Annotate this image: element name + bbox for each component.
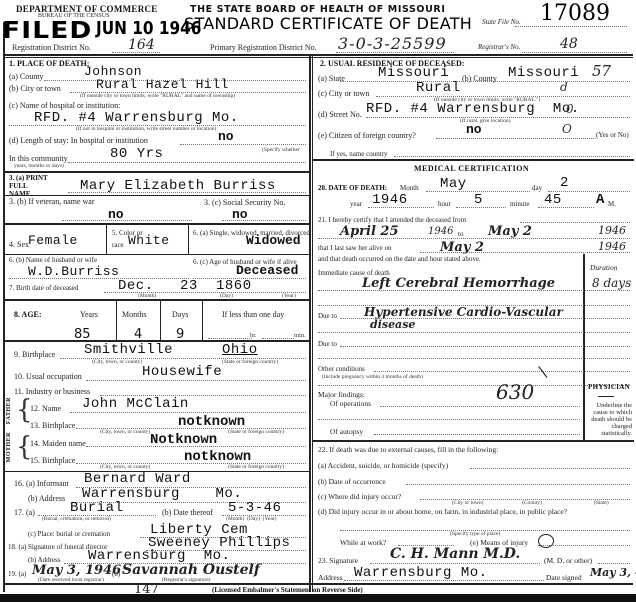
death-minute-label: minute bbox=[510, 200, 529, 208]
father-city-note: (City, town, or county) bbox=[100, 429, 150, 435]
birthplace-label: 9. Birthplace bbox=[14, 350, 55, 359]
informant-label: 16. (a) Informant bbox=[14, 479, 69, 488]
father-side-label: FATHER bbox=[6, 397, 12, 424]
other-conditions-label: Other conditions bbox=[318, 365, 365, 373]
death-year-value: 1946 bbox=[372, 192, 408, 208]
death-day-value: 2 bbox=[560, 175, 569, 191]
age-col-less-than-day: If less than one day bbox=[222, 310, 284, 319]
residence-street-value: RFD. #4 Warrensburg Mo. bbox=[366, 101, 580, 117]
residence-city-value: Rural bbox=[416, 80, 461, 96]
duration-column-divider bbox=[583, 254, 585, 440]
state-file-number: 17089 bbox=[540, 1, 610, 26]
attended-to-year: 1946 bbox=[598, 224, 626, 237]
residence-county-value: Missouri bbox=[508, 65, 579, 81]
disposition-note: (Burial, cremation, or removal) bbox=[42, 516, 111, 522]
age-hr-label: hr. bbox=[250, 332, 257, 339]
physician-type-note: (M. D. or other) bbox=[544, 556, 592, 565]
burial-place-label: (c) Place: burial or cremation bbox=[28, 530, 110, 538]
code-mark: 630 bbox=[496, 380, 534, 404]
birthplace-city-value: Smithville bbox=[84, 342, 173, 358]
age-min-label: min. bbox=[294, 332, 306, 339]
mother-side-label: MOTHER bbox=[6, 432, 12, 462]
underline-note: Underline the cause to which death shoul… bbox=[586, 402, 632, 437]
father-state-note: (State or foreign country) bbox=[228, 429, 284, 435]
major-findings-label: Major findings: bbox=[318, 390, 365, 399]
medical-heading: MEDICAL CERTIFICATION bbox=[414, 164, 529, 173]
occupation-label: 10. Usual occupation bbox=[14, 372, 82, 381]
residence-county-code: 57 bbox=[592, 62, 611, 80]
operations-label: Of operations bbox=[330, 399, 371, 408]
check-mark-0: 0 bbox=[566, 102, 574, 116]
marital-value: Widowed bbox=[246, 233, 301, 248]
disposition-date-label: (b) Date thereof bbox=[162, 508, 213, 517]
occurrence-date-label: (b) Date of occurrence bbox=[318, 477, 386, 486]
top-rule-thin bbox=[3, 57, 633, 58]
injury-county-note: (County) bbox=[522, 500, 542, 506]
bottom-edge bbox=[0, 594, 636, 602]
citizen-value: no bbox=[466, 122, 482, 137]
physician-signature-label: 23. Signature bbox=[318, 556, 358, 565]
attended-from-year: 1946 bbox=[428, 226, 453, 237]
death-ampm-value: A bbox=[596, 192, 604, 208]
other-conditions-note: (Include pregnancy within 3 months of de… bbox=[322, 374, 423, 380]
date-signed-value: May 3, 46 bbox=[590, 566, 636, 579]
filed-stamp: FILED bbox=[2, 18, 93, 44]
age-col-years: Years bbox=[80, 310, 98, 319]
due-to-value-continued: disease bbox=[370, 318, 415, 331]
injury-state-note: (State) bbox=[594, 500, 609, 506]
center-divider-inner bbox=[312, 56, 313, 592]
occurred-label: and that death occurred on the date and … bbox=[318, 255, 481, 263]
age-col-days: Days bbox=[172, 310, 188, 319]
birth-date-label: 7. Birth date of deceased bbox=[9, 284, 78, 292]
informant-value: Bernard Ward bbox=[84, 471, 191, 487]
attended-to-label: to bbox=[458, 230, 463, 238]
physician-address-label: Address bbox=[318, 573, 343, 582]
date-of-death-label: 20. DATE OF DEATH: bbox=[318, 184, 387, 192]
community-note: years, months or days) bbox=[14, 163, 64, 169]
death-city-label: (b) City or town bbox=[9, 84, 61, 93]
death-year-label: year bbox=[350, 200, 362, 208]
embalmer-note: (Licensed Embalmer's Statement on Revers… bbox=[212, 586, 363, 594]
injury-where-label: (c) Where did injury occur? bbox=[318, 492, 401, 501]
certificate-title: STANDARD CERTIFICATE OF DEATH bbox=[184, 14, 472, 33]
death-day-label: day bbox=[532, 184, 542, 192]
death-hour-value: 5 bbox=[474, 192, 483, 208]
mother-state-note: (State or foreign country) bbox=[228, 464, 284, 470]
physician-signature-value: C. H. Mann M.D. bbox=[390, 546, 520, 562]
top-rule bbox=[3, 54, 633, 56]
disposition-label: 17. (a) bbox=[14, 508, 35, 517]
race-value: White bbox=[128, 233, 170, 248]
birthplace-state-note: (State or foreign country) bbox=[222, 359, 278, 365]
autopsy-label: Of autopsy bbox=[330, 427, 363, 436]
sex-label: 4. Sex bbox=[9, 240, 29, 249]
hospital-value: RFD. #4 Warrensburg Mo. bbox=[34, 110, 239, 126]
father-name-label: 12. Name bbox=[30, 404, 61, 413]
length-of-stay-value: no bbox=[218, 129, 234, 144]
father-birthplace-label: 13. Birthplace bbox=[30, 421, 75, 430]
ssn-label: 3. (c) Social Security No. bbox=[204, 197, 304, 208]
registrar-signature-value: Savannah Oustelf bbox=[122, 562, 260, 578]
death-month-label: Month bbox=[400, 184, 419, 192]
residence-city-label: (c) City or town bbox=[318, 89, 369, 98]
physician-address-value: Warrensburg Mo. bbox=[354, 565, 488, 581]
sex-value: Female bbox=[28, 233, 78, 248]
spouse-value: W.D.Burriss bbox=[28, 264, 119, 279]
physician-label: PHYSICIAN bbox=[588, 383, 630, 391]
attended-to-value: May 2 bbox=[488, 224, 532, 239]
registrar-no-value: 48 bbox=[560, 36, 578, 52]
injury-city-note: (City or town) bbox=[452, 500, 483, 506]
date-signed-label: Date signed bbox=[546, 573, 582, 582]
citizen-note: (Yes or No) bbox=[596, 131, 629, 139]
death-m-label: M. bbox=[608, 200, 616, 208]
disposition-value: Burial bbox=[70, 500, 123, 516]
attended-from-value: April 25 bbox=[340, 224, 399, 239]
last-saw-label: that I last saw her alive on bbox=[318, 244, 391, 252]
registrar-date-label: 19. (a) bbox=[8, 570, 26, 578]
birthplace-city-note: (City, town, or county) bbox=[92, 359, 142, 365]
veteran-label: 3. (b) If veteran, name war bbox=[9, 197, 95, 206]
immediate-cause-duration: 8 days bbox=[592, 276, 631, 290]
state-file-label: State File No. bbox=[482, 18, 521, 26]
length-of-stay-label: (d) Length of stay: In hospital or insti… bbox=[9, 136, 148, 145]
registrar-date-value: May 3, 1946 bbox=[32, 563, 121, 578]
accident-label: (a) Accident, suicide, or homicide (spec… bbox=[318, 461, 448, 470]
check-mark-o: O bbox=[562, 122, 572, 136]
mother-city-note: (City, town, or county) bbox=[100, 464, 150, 470]
disposition-date-value: 5-3-46 bbox=[228, 500, 281, 516]
circled-mark bbox=[538, 534, 554, 548]
while-at-work-label: While at work? bbox=[340, 538, 386, 547]
left-border bbox=[3, 22, 5, 592]
death-county-label: (a) County bbox=[9, 72, 43, 81]
age-col-months: Months bbox=[122, 310, 146, 319]
place-of-death-heading: 1. PLACE OF DEATH: bbox=[9, 59, 89, 68]
community-label: In this community bbox=[9, 154, 68, 163]
center-divider bbox=[309, 56, 311, 592]
certify-label: 21. I hereby certify that I attended the… bbox=[318, 216, 466, 224]
death-hour-label: hour bbox=[438, 200, 451, 208]
occupation-value: Housewife bbox=[142, 364, 222, 380]
primary-registration-label: Primary Registration District No. bbox=[210, 43, 317, 52]
death-minute-value: 45 bbox=[544, 192, 562, 208]
death-city-note: (If outside city or town limits, write "… bbox=[80, 93, 235, 99]
length-of-stay-note: (Specify whether bbox=[262, 147, 300, 153]
father-name-value: John McClain bbox=[82, 396, 189, 412]
due-to-2-label: Due to bbox=[318, 340, 337, 348]
residence-state-value: Missouri bbox=[378, 65, 449, 81]
registration-district-label: Registration District No. bbox=[12, 43, 91, 52]
duration-label: Duration bbox=[590, 263, 618, 272]
citizen-label: (e) Citizen of foreign country? bbox=[318, 131, 416, 140]
external-causes-label: 22. If death was due to external causes,… bbox=[318, 445, 498, 454]
hospital-note: (If not in hospital or institution, writ… bbox=[76, 126, 216, 132]
primary-registration-value: 3-0-3-25599 bbox=[338, 34, 447, 53]
embalmer-number: 147 bbox=[134, 582, 159, 597]
foreign-country-label: If yes, name country bbox=[330, 150, 388, 158]
spouse-age-value: Deceased bbox=[236, 263, 298, 278]
due-to-label: Due to bbox=[318, 312, 337, 320]
place-type-note: (Specify type of place) bbox=[450, 531, 500, 537]
registration-district-value: 164 bbox=[128, 37, 155, 53]
community-value: 80 Yrs bbox=[110, 146, 163, 162]
death-city-value: Rural Hazel Hill bbox=[96, 77, 229, 92]
birthplace-state-value: Ohio bbox=[222, 342, 258, 358]
residence-street-label: (d) Street No. bbox=[318, 110, 362, 119]
informant-address-label: (b) Address bbox=[28, 494, 65, 503]
death-month-value: May bbox=[440, 176, 467, 192]
check-mark-d: d bbox=[560, 80, 568, 94]
immediate-cause-value: Left Cerebral Hemorrhage bbox=[362, 276, 555, 291]
hospital-label: (c) Name of hospital or institution: bbox=[9, 101, 120, 110]
registrar-signature-label: (b) bbox=[112, 570, 120, 578]
mother-maiden-label: 14. Maiden name bbox=[30, 439, 86, 448]
injury-home-label: (d) Did injury occur in or about home, o… bbox=[318, 507, 567, 516]
age-label: 8. AGE: bbox=[14, 310, 42, 319]
due-to-value: Hypertensive Cardio-Vascular bbox=[364, 305, 563, 319]
spouse-label: 6. (b) Name of husband or wife bbox=[9, 256, 97, 264]
registrar-no-label: Registrar's No. bbox=[478, 43, 520, 51]
mother-birthplace-label: 15. Birthplace bbox=[30, 456, 75, 465]
